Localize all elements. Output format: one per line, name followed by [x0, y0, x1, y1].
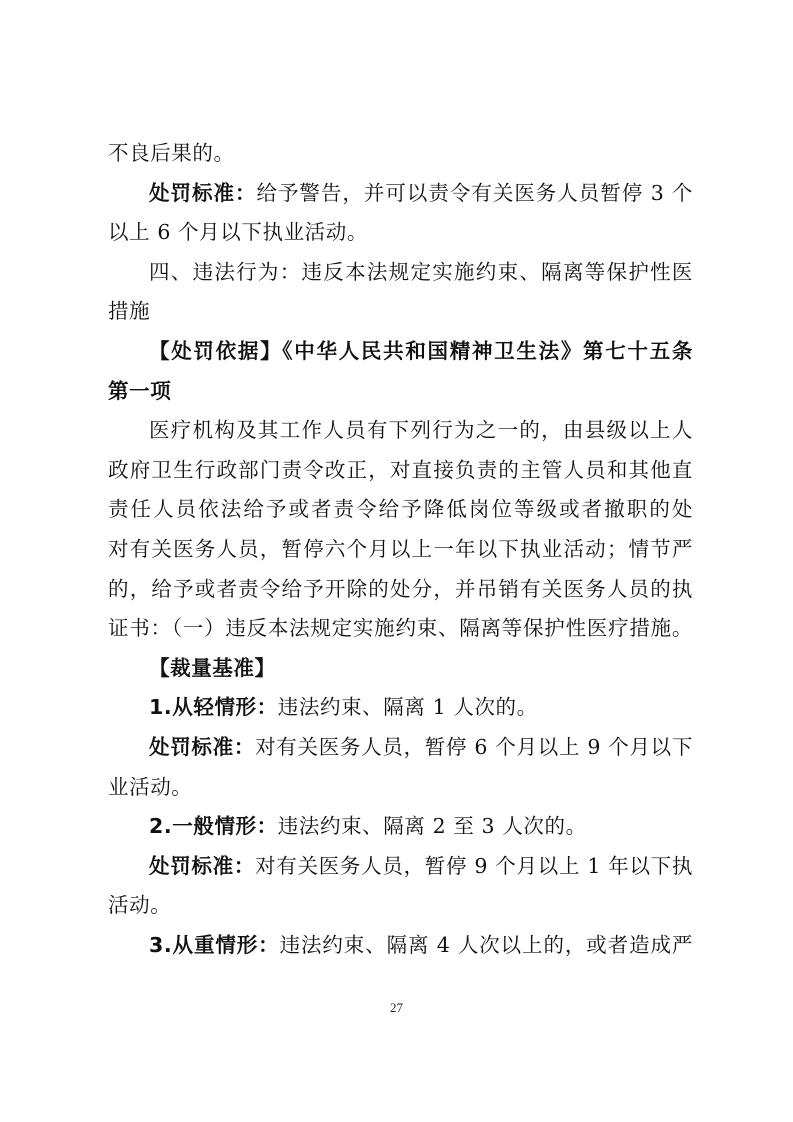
paragraph-line: 的，给予或者责令给予开除的处分，并吊销有关医务人员的执业 [108, 570, 693, 610]
severe-case-label: 3.从重情形： [149, 933, 280, 957]
body-text: 措施 [108, 299, 150, 323]
violation-heading-line: 四、违法行为：违反本法规定实施约束、隔离等保护性医疗 [108, 253, 693, 293]
page-number: 27 [0, 1000, 793, 1016]
body-text: 活动。 [108, 893, 171, 917]
body-text: 违法约束、隔离 2 至 3 人次的。 [278, 814, 587, 838]
body-text: 违法约束、隔离 1 人次的。 [278, 695, 538, 719]
paragraph-line: 不良后果的。 [108, 134, 693, 174]
body-text: 证书：（一）违反本法规定实施约束、隔离等保护性医疗措施。 [108, 616, 693, 640]
penalty-standard-label: 处罚标准： [149, 735, 255, 759]
light-case-line: 1.从轻情形：违法约束、隔离 1 人次的。 [108, 688, 693, 728]
body-text: 不良后果的。 [108, 141, 235, 165]
severe-case-line: 3.从重情形：违法约束、隔离 4 人次以上的，或者造成严重 [108, 926, 693, 966]
law-citation: 《中华人民共和国精神卫生法》第七十五条 [282, 339, 693, 363]
legal-basis-heading-cont: 第一项 [108, 372, 693, 412]
discretion-standard-label: 【裁量基准】 [149, 656, 276, 680]
legal-basis-label: 【处罚依据】 [149, 339, 282, 363]
discretion-standard-heading: 【裁量基准】 [108, 649, 693, 689]
paragraph-line: 责任人员依法给予或者责令给予降低岗位等级或者撤职的处分； [108, 490, 693, 530]
paragraph-line: 政府卫生行政部门责令改正，对直接负责的主管人员和其他直接 [108, 451, 693, 491]
body-text: 以上 6 个月以下执业活动。 [108, 220, 368, 244]
paragraph-line: 证书：（一）违反本法规定实施约束、隔离等保护性医疗措施。 [108, 609, 693, 649]
general-case-line: 2.一般情形：违法约束、隔离 2 至 3 人次的。 [108, 807, 693, 847]
light-case-label: 1.从轻情形： [149, 695, 278, 719]
body-text: 业活动。 [108, 775, 192, 799]
penalty-standard-line: 处罚标准：对有关医务人员，暂停 9 个月以上 1 年以下执业 [108, 847, 693, 887]
body-text: 医疗机构及其工作人员有下列行为之一的，由县级以上人民 [149, 418, 693, 451]
paragraph-line: 措施 [108, 292, 693, 332]
penalty-standard-label: 处罚标准： [149, 854, 255, 878]
penalty-standard-line: 处罚标准：对有关医务人员，暂停 6 个月以上 9 个月以下执 [108, 728, 693, 768]
penalty-standard-label: 处罚标准： [149, 181, 256, 205]
paragraph-line: 医疗机构及其工作人员有下列行为之一的，由县级以上人民 [108, 411, 693, 451]
body-text: 四、违法行为：违反本法规定实施约束、隔离等保护性医疗 [149, 260, 693, 293]
penalty-standard-line: 处罚标准：给予警告，并可以责令有关医务人员暂停 3 个月 [108, 174, 693, 214]
legal-basis-heading: 【处罚依据】《中华人民共和国精神卫生法》第七十五条 [108, 332, 693, 372]
paragraph-line: 对有关医务人员，暂停六个月以上一年以下执业活动；情节严重 [108, 530, 693, 570]
paragraph-line: 以上 6 个月以下执业活动。 [108, 213, 693, 253]
general-case-label: 2.一般情形： [149, 814, 278, 838]
body-text: 的，给予或者责令给予开除的处分，并吊销有关医务人员的执业 [108, 577, 693, 610]
paragraph-line: 活动。 [108, 886, 693, 926]
law-clause: 第一项 [108, 379, 171, 403]
document-page: 不良后果的。 处罚标准：给予警告，并可以责令有关医务人员暂停 3 个月 以上 6… [108, 134, 693, 965]
body-text: 责任人员依法给予或者责令给予降低岗位等级或者撤职的处分； [108, 497, 693, 530]
paragraph-line: 业活动。 [108, 768, 693, 808]
body-text: 政府卫生行政部门责令改正，对直接负责的主管人员和其他直接 [108, 458, 693, 491]
body-text: 对有关医务人员，暂停六个月以上一年以下执业活动；情节严重 [108, 537, 693, 570]
